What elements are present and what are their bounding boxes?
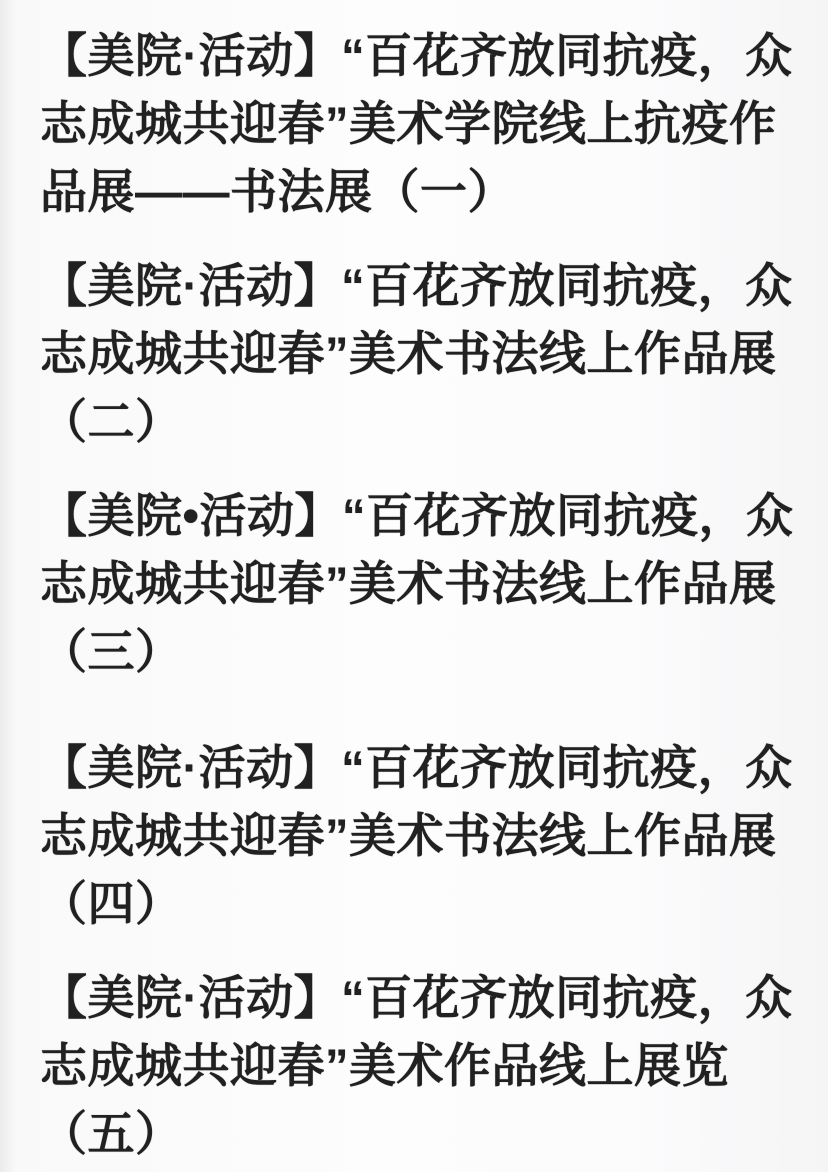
article-title-5[interactable]: 【美院·活动】“百花齐放同抗疫，众志成城共迎春”美术作品线上展览（五） xyxy=(40,964,794,1168)
article-title-list: 【美院·活动】“百花齐放同抗疫，众志成城共迎春”美术学院线上抗疫作品展——书法展… xyxy=(0,0,828,1168)
article-title-1[interactable]: 【美院·活动】“百花齐放同抗疫，众志成城共迎春”美术学院线上抗疫作品展——书法展… xyxy=(40,22,794,226)
article-title-2[interactable]: 【美院·活动】“百花齐放同抗疫，众志成城共迎春”美术书法线上作品展（二） xyxy=(40,252,794,456)
article-title-3[interactable]: 【美院•活动】“百花齐放同抗疫，众志成城共迎春”美术书法线上作品展（三） xyxy=(40,482,794,686)
article-title-4[interactable]: 【美院·活动】“百花齐放同抗疫，众志成城共迎春”美术书法线上作品展（四） xyxy=(40,734,794,938)
